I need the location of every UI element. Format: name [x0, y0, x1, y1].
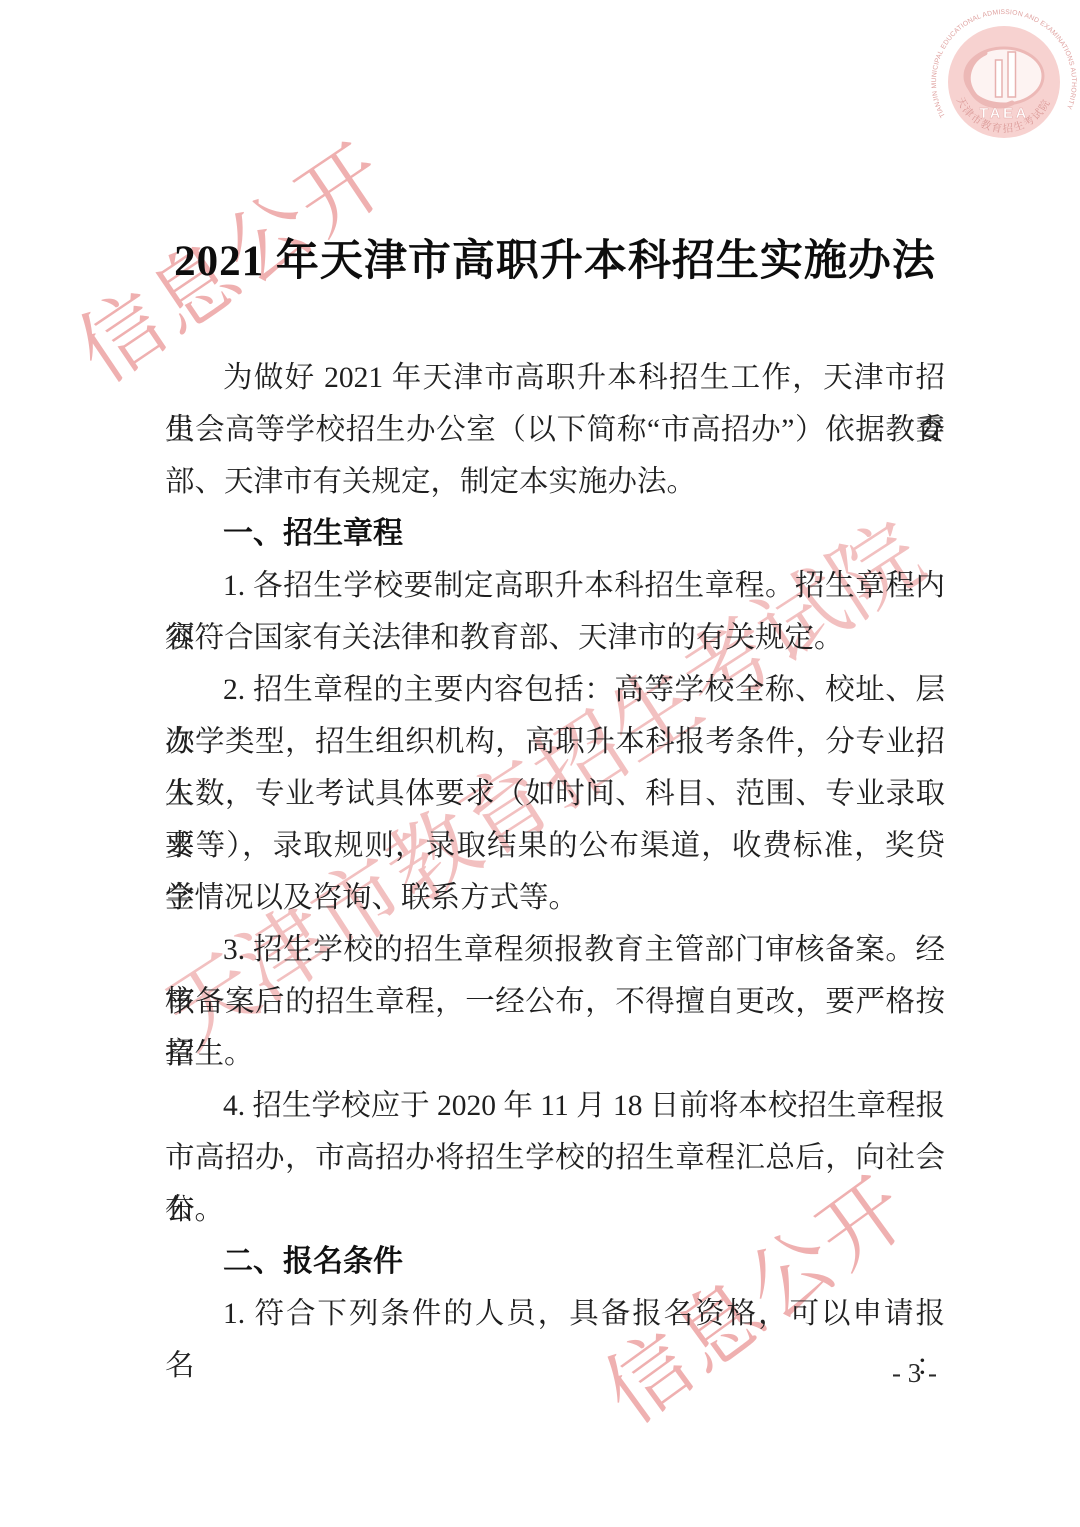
- seal-acronym: TAEA: [979, 105, 1029, 122]
- doc-line: 须符合国家有关法律和教育部、天津市的有关规定。: [165, 612, 945, 664]
- doc-line: 办学类型，招生组织机构，高职升本科报考条件，分专业招生: [165, 716, 945, 768]
- doc-line: 招生。: [165, 1028, 945, 1080]
- section-heading: 一、招生章程: [165, 508, 945, 560]
- taea-seal-logo: TIANJIN MUNICIPAL EDUCATIONAL ADMISSION …: [918, 6, 1080, 156]
- document-title: 2021 年天津市高职升本科招生实施办法: [165, 234, 945, 290]
- doc-line: 1. 各招生学校要制定高职升本科招生章程。招生章程内容: [165, 560, 945, 612]
- doc-line: 4. 招生学校应于 2020 年 11 月 18 日前将本校招生章程报: [165, 1080, 945, 1132]
- page-number: - 3 -: [892, 1358, 937, 1388]
- doc-line: 求等），录取规则，录取结果的公布渠道，收费标准，奖贷学: [165, 820, 945, 872]
- doc-line: 核备案后的招生章程，一经公布，不得擅自更改，要严格按章: [165, 976, 945, 1028]
- doc-line: 2. 招生章程的主要内容包括：高等学校全称、校址、层次，: [165, 664, 945, 716]
- doc-line: 为做好 2021 年天津市高职升本科招生工作，天津市招生委: [165, 352, 945, 404]
- doc-line: 市高招办，市高招办将招生学校的招生章程汇总后，向社会公: [165, 1132, 945, 1184]
- doc-line: 部、天津市有关规定，制定本实施办法。: [165, 456, 945, 508]
- doc-line: 布。: [165, 1184, 945, 1236]
- doc-line: 3. 招生学校的招生章程须报教育主管部门审核备案。经审: [165, 924, 945, 976]
- document-page: 信息公开 天津市教育招生考试院 信息公开 TIANJIN MUNICIPAL E…: [0, 0, 1080, 1527]
- document-body: 为做好 2021 年天津市高职升本科招生工作，天津市招生委员会高等学校招生办公室…: [165, 352, 945, 1340]
- doc-line: 1. 符合下列条件的人员，具备报名资格，可以申请报名：: [165, 1288, 945, 1340]
- doc-line: 人数，专业考试具体要求（如时间、科目、范围、专业录取要: [165, 768, 945, 820]
- section-heading: 二、报名条件: [165, 1236, 945, 1288]
- doc-line: 员会高等学校招生办公室（以下简称“市高招办”）依据教育: [165, 404, 945, 456]
- doc-line: 金情况以及咨询、联系方式等。: [165, 872, 945, 924]
- seal-emblem-icon: [965, 48, 1043, 106]
